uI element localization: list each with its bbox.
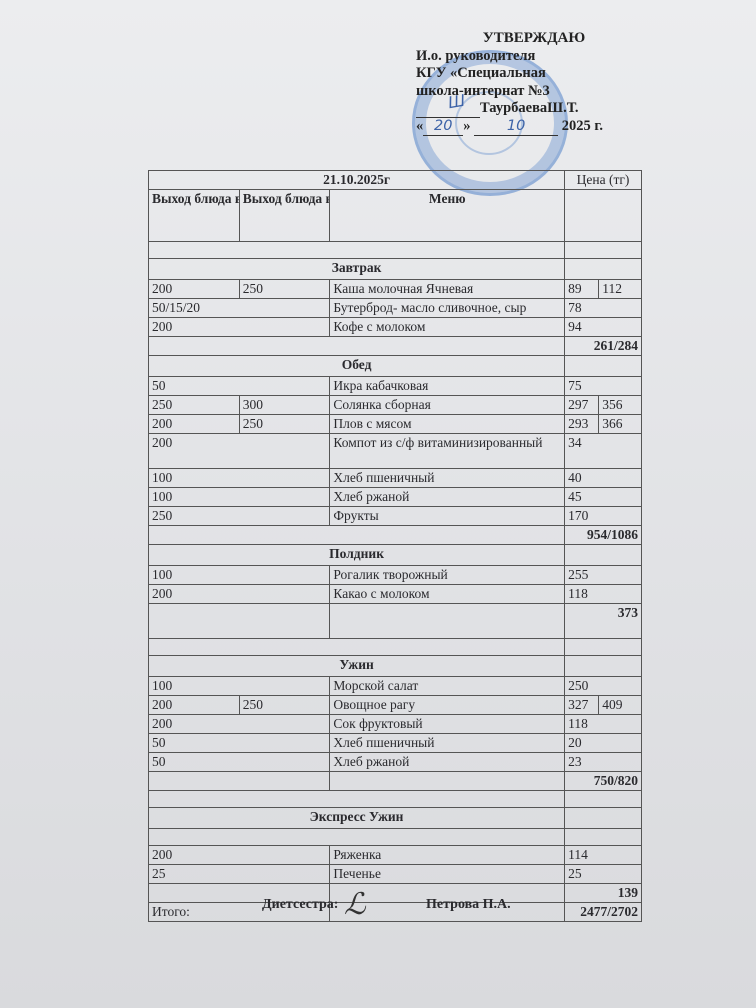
dish-name: Хлеб пшеничный <box>330 734 565 753</box>
yield-young: 200 <box>149 715 330 734</box>
yield-old: 250 <box>239 696 330 715</box>
table-date-row: 21.10.2025г Цена (тг) <box>149 171 642 190</box>
section-total: 750/820 <box>565 772 642 791</box>
price: 118 <box>565 585 642 604</box>
table-row: 25Печенье25 <box>149 865 642 884</box>
yield-young: 200 <box>149 434 330 469</box>
table-row: 200250Плов с мясом293366 <box>149 415 642 434</box>
section-total-row: 139 <box>149 884 642 903</box>
yield-young: 100 <box>149 469 330 488</box>
yield-young: 200 <box>149 846 330 865</box>
header-yield-old: Выход блюда в гр ( 10 -16 лет) <box>239 190 330 242</box>
yield-young: 25 <box>149 865 330 884</box>
section-header-row: Завтрак <box>149 259 642 280</box>
table-row: 200Ряженка114 <box>149 846 642 865</box>
yield-young: 50 <box>149 734 330 753</box>
price: 34 <box>565 434 642 469</box>
dish-name: Хлеб ржаной <box>330 753 565 772</box>
dish-name: Овощное рагу <box>330 696 565 715</box>
yield-young: 100 <box>149 677 330 696</box>
dish-name: Каша молочная Ячневая <box>330 280 565 299</box>
yield-young: 250 <box>149 396 240 415</box>
price: 25 <box>565 865 642 884</box>
yield-young: 200 <box>149 415 240 434</box>
price: 114 <box>565 846 642 865</box>
price: 23 <box>565 753 642 772</box>
price: 75 <box>565 377 642 396</box>
table-row: 50Хлеб пшеничный20 <box>149 734 642 753</box>
price-young: 297 <box>565 396 599 415</box>
header-yield-young: Выход блюда в гр ( 6 -9 лет) <box>149 190 240 242</box>
section-header-row: Ужин <box>149 656 642 677</box>
price: 45 <box>565 488 642 507</box>
price-old: 366 <box>599 415 642 434</box>
price: 250 <box>565 677 642 696</box>
dish-name: Плов с мясом <box>330 415 565 434</box>
section-total: 139 <box>565 884 642 903</box>
quote-open: « <box>416 118 423 134</box>
price-young: 293 <box>565 415 599 434</box>
yield-old: 300 <box>239 396 330 415</box>
dish-name: Печенье <box>330 865 565 884</box>
dish-name: Рогалик творожный <box>330 566 565 585</box>
section-title: Экспресс Ужин <box>149 808 565 829</box>
table-row: 50Икра кабачковая75 <box>149 377 642 396</box>
section-header-row: Экспресс Ужин <box>149 808 642 829</box>
section-total: 373 <box>565 604 642 639</box>
spacer-row <box>149 242 642 259</box>
approval-line: КГУ «Специальная <box>416 65 616 83</box>
menu-table: 21.10.2025г Цена (тг) Выход блюда в гр (… <box>148 170 642 922</box>
section-total-row: 954/1086 <box>149 526 642 545</box>
price: 40 <box>565 469 642 488</box>
table-row: 200Компот из с/ф витаминизированный34 <box>149 434 642 469</box>
dietitian-name: Петрова П.А. <box>426 897 511 913</box>
approval-signer: ТаурбаеваШ.Т. <box>480 100 579 116</box>
section-total-row: 261/284 <box>149 337 642 356</box>
spacer-row <box>149 791 642 808</box>
yield-young: 200 <box>149 280 240 299</box>
yield-young: 200 <box>149 696 240 715</box>
table-row: 250Фрукты170 <box>149 507 642 526</box>
section-header-row: Обед <box>149 356 642 377</box>
yield-young: 250 <box>149 507 330 526</box>
approval-block: УТВЕРЖДАЮ И.о. руководителя КГУ «Специал… <box>416 30 616 136</box>
dietitian-label: Диетсестра: <box>262 897 338 912</box>
approval-signature-icon: Ш <box>446 91 466 113</box>
dish-name: Сок фруктовый <box>330 715 565 734</box>
table-row: 100Хлеб ржаной45 <box>149 488 642 507</box>
price: 170 <box>565 507 642 526</box>
approval-signature-row: ТаурбаеваШ.Т. <box>416 100 616 118</box>
dish-name: Хлеб пшеничный <box>330 469 565 488</box>
dish-name: Кофе с молоком <box>330 318 565 337</box>
footer: Диетсестра: ℒ Петрова П.А. <box>262 897 338 913</box>
table-row: 100Морской салат250 <box>149 677 642 696</box>
approval-date: «20» 10 2025 г. <box>416 118 616 137</box>
section-total-row: 373 <box>149 604 642 639</box>
dish-name: Хлеб ржаной <box>330 488 565 507</box>
grand-total-row: Итого:2477/2702 <box>149 903 642 922</box>
table-row: 200Сок фруктовый118 <box>149 715 642 734</box>
dish-name: Фрукты <box>330 507 565 526</box>
price: 94 <box>565 318 642 337</box>
section-total: 261/284 <box>565 337 642 356</box>
section-total: 954/1086 <box>565 526 642 545</box>
price-header: Цена (тг) <box>565 171 642 190</box>
section-title: Обед <box>149 356 565 377</box>
yield-young: 50/15/20 <box>149 299 330 318</box>
table-row: 200Кофе с молоком94 <box>149 318 642 337</box>
table-header-row: Выход блюда в гр ( 6 -9 лет) Выход блюда… <box>149 190 642 242</box>
spacer-row <box>149 829 642 846</box>
price-old: 356 <box>599 396 642 415</box>
price: 20 <box>565 734 642 753</box>
approval-line: школа-интернат №3 <box>416 83 616 101</box>
yield-old: 250 <box>239 415 330 434</box>
yield-young: 50 <box>149 753 330 772</box>
table-row: 50Хлеб ржаной23 <box>149 753 642 772</box>
quote-close: » <box>463 118 470 134</box>
approval-line: И.о. руководителя <box>416 48 616 66</box>
date-day: 20 <box>423 118 463 137</box>
dietitian-signature-icon: ℒ <box>344 887 366 922</box>
grand-total: 2477/2702 <box>565 903 642 922</box>
header-menu: Меню <box>330 190 565 242</box>
table-row: 200Какао с молоком118 <box>149 585 642 604</box>
yield-young: 50 <box>149 377 330 396</box>
dish-name: Какао с молоком <box>330 585 565 604</box>
yield-young: 200 <box>149 318 330 337</box>
table-row: 100Рогалик творожный255 <box>149 566 642 585</box>
yield-young: 100 <box>149 488 330 507</box>
price: 255 <box>565 566 642 585</box>
section-title: Ужин <box>149 656 565 677</box>
dish-name: Ряженка <box>330 846 565 865</box>
dish-name: Компот из с/ф витаминизированный <box>330 434 565 469</box>
section-header-row: Полдник <box>149 545 642 566</box>
table-row: 100Хлеб пшеничный40 <box>149 469 642 488</box>
yield-young: 100 <box>149 566 330 585</box>
price: 118 <box>565 715 642 734</box>
yield-old: 250 <box>239 280 330 299</box>
price-old: 112 <box>599 280 642 299</box>
price-young: 89 <box>565 280 599 299</box>
menu-date: 21.10.2025г <box>149 171 565 190</box>
header-price-empty <box>565 190 642 242</box>
section-total-row: 750/820 <box>149 772 642 791</box>
spacer-row <box>149 639 642 656</box>
dish-name: Икра кабачковая <box>330 377 565 396</box>
approval-title: УТВЕРЖДАЮ <box>416 30 616 48</box>
section-title: Завтрак <box>149 259 565 280</box>
dish-name: Бутерброд- масло сливочное, сыр <box>330 299 565 318</box>
yield-young: 200 <box>149 585 330 604</box>
dish-name: Солянка сборная <box>330 396 565 415</box>
table-row: 50/15/20Бутерброд- масло сливочное, сыр7… <box>149 299 642 318</box>
table-row: 200250Овощное рагу327409 <box>149 696 642 715</box>
price-old: 409 <box>599 696 642 715</box>
table-row: 200250Каша молочная Ячневая89112 <box>149 280 642 299</box>
dish-name: Морской салат <box>330 677 565 696</box>
date-month: 10 <box>474 118 558 137</box>
price: 78 <box>565 299 642 318</box>
section-title: Полдник <box>149 545 565 566</box>
date-year: 2025 г. <box>562 118 603 134</box>
table-row: 250300Солянка сборная297356 <box>149 396 642 415</box>
price-young: 327 <box>565 696 599 715</box>
